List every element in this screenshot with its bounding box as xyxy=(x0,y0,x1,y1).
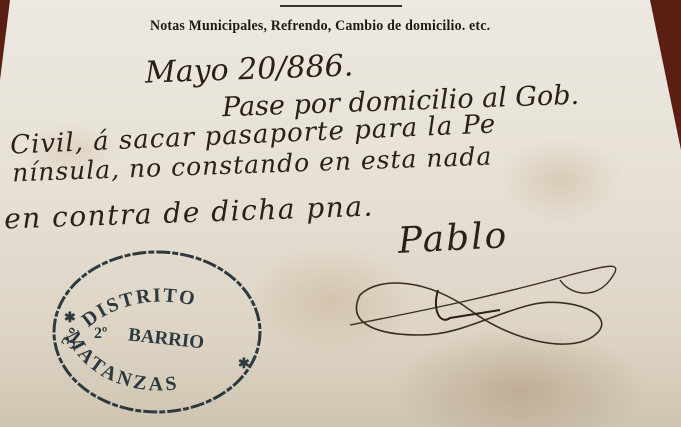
handwritten-line-4: en contra de dicha pna. xyxy=(4,190,375,236)
signature-flourish-icon xyxy=(340,240,630,360)
printed-header: Notas Municipales, Refrendo, Cambio de d… xyxy=(150,18,515,35)
stamp-middle-prefix: 2º xyxy=(94,325,107,342)
handwritten-date: Mayo 20/886. xyxy=(144,48,353,90)
header-top-rule xyxy=(280,5,402,7)
stamp-star-right-icon: ✱ xyxy=(238,357,250,372)
document-paper: Notas Municipales, Refrendo, Cambio de d… xyxy=(0,0,681,427)
signature: Pablo xyxy=(397,215,509,262)
stamp-middle-text: BARRIO xyxy=(127,325,205,354)
stamp-star-left-icon: ✱ xyxy=(64,311,76,326)
municipal-stamp: 3º DISTRITO 2º BARRIO MATANZAS ✱ ✱ xyxy=(42,240,272,420)
